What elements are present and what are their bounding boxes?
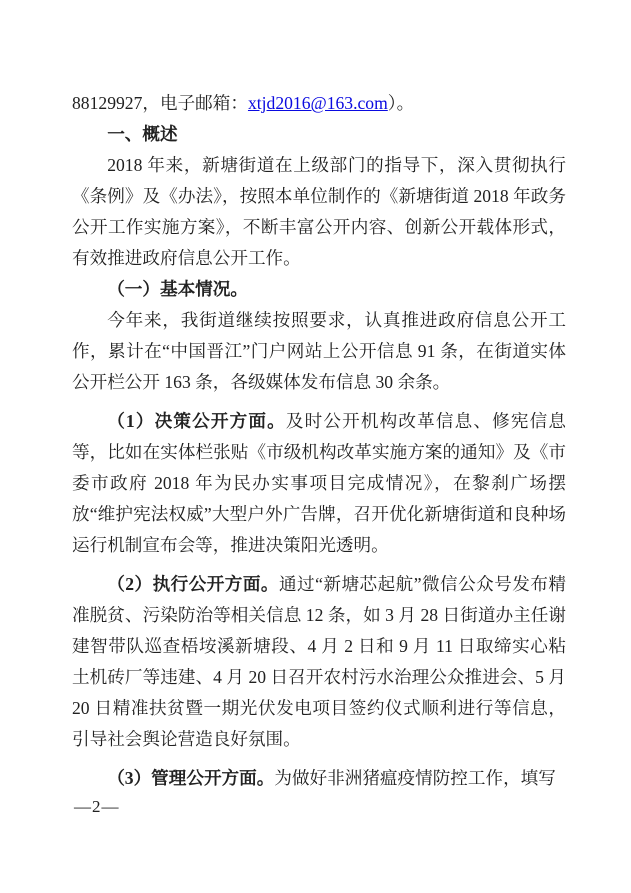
section-heading-overview: 一、概述 — [72, 119, 566, 150]
paragraph-lead-decision-openness: （1）决策公开方面。 — [107, 411, 286, 431]
page-number: —2— — [74, 797, 120, 817]
document-body: 88129927，电子邮箱：xtjd2016@163.com）。 一、概述 20… — [72, 88, 566, 794]
paragraph-execution-openness: （2）执行公开方面。通过“新塘芯起航”微信公众号发布精准脱贫、污染防治等相关信息… — [72, 569, 566, 755]
paragraph-basic-situation: 今年来，我街道继续按照要求，认真推进政府信息公开工作，累计在“中国晋江”门户网站… — [72, 305, 566, 398]
paragraph-text-decision-openness: 及时公开机构改革信息、修宪信息等，比如在实体栏张贴《市级机构改革实施方案的通知》… — [72, 411, 566, 555]
paragraph-lead-management-openness: （3）管理公开方面。 — [107, 768, 274, 788]
paragraph-contact-continuation: 88129927，电子邮箱：xtjd2016@163.com）。 — [72, 88, 566, 119]
contact-text-after-link: ）。 — [388, 93, 414, 113]
paragraph-management-openness: （3）管理公开方面。为做好非洲猪瘟疫情防控工作，填写 — [72, 763, 566, 794]
email-link[interactable]: xtjd2016@163.com — [248, 93, 388, 113]
paragraph-overview: 2018 年来，新塘街道在上级部门的指导下，深入贯彻执行《条例》及《办法》，按照… — [72, 150, 566, 274]
paragraph-decision-openness: （1）决策公开方面。及时公开机构改革信息、修宪信息等，比如在实体栏张贴《市级机构… — [72, 406, 566, 561]
subsection-heading-basic-situation: （一）基本情况。 — [72, 274, 566, 305]
contact-text-before-link: 88129927，电子邮箱： — [72, 93, 248, 113]
paragraph-text-execution-openness: 通过“新塘芯起航”微信公众号发布精准脱贫、污染防治等相关信息 12 条，如 3 … — [72, 574, 566, 749]
paragraph-text-management-openness: 为做好非洲猪瘟疫情防控工作，填写 — [274, 768, 556, 788]
document-page: 88129927，电子邮箱：xtjd2016@163.com）。 一、概述 20… — [0, 0, 631, 893]
paragraph-lead-execution-openness: （2）执行公开方面。 — [107, 574, 279, 594]
